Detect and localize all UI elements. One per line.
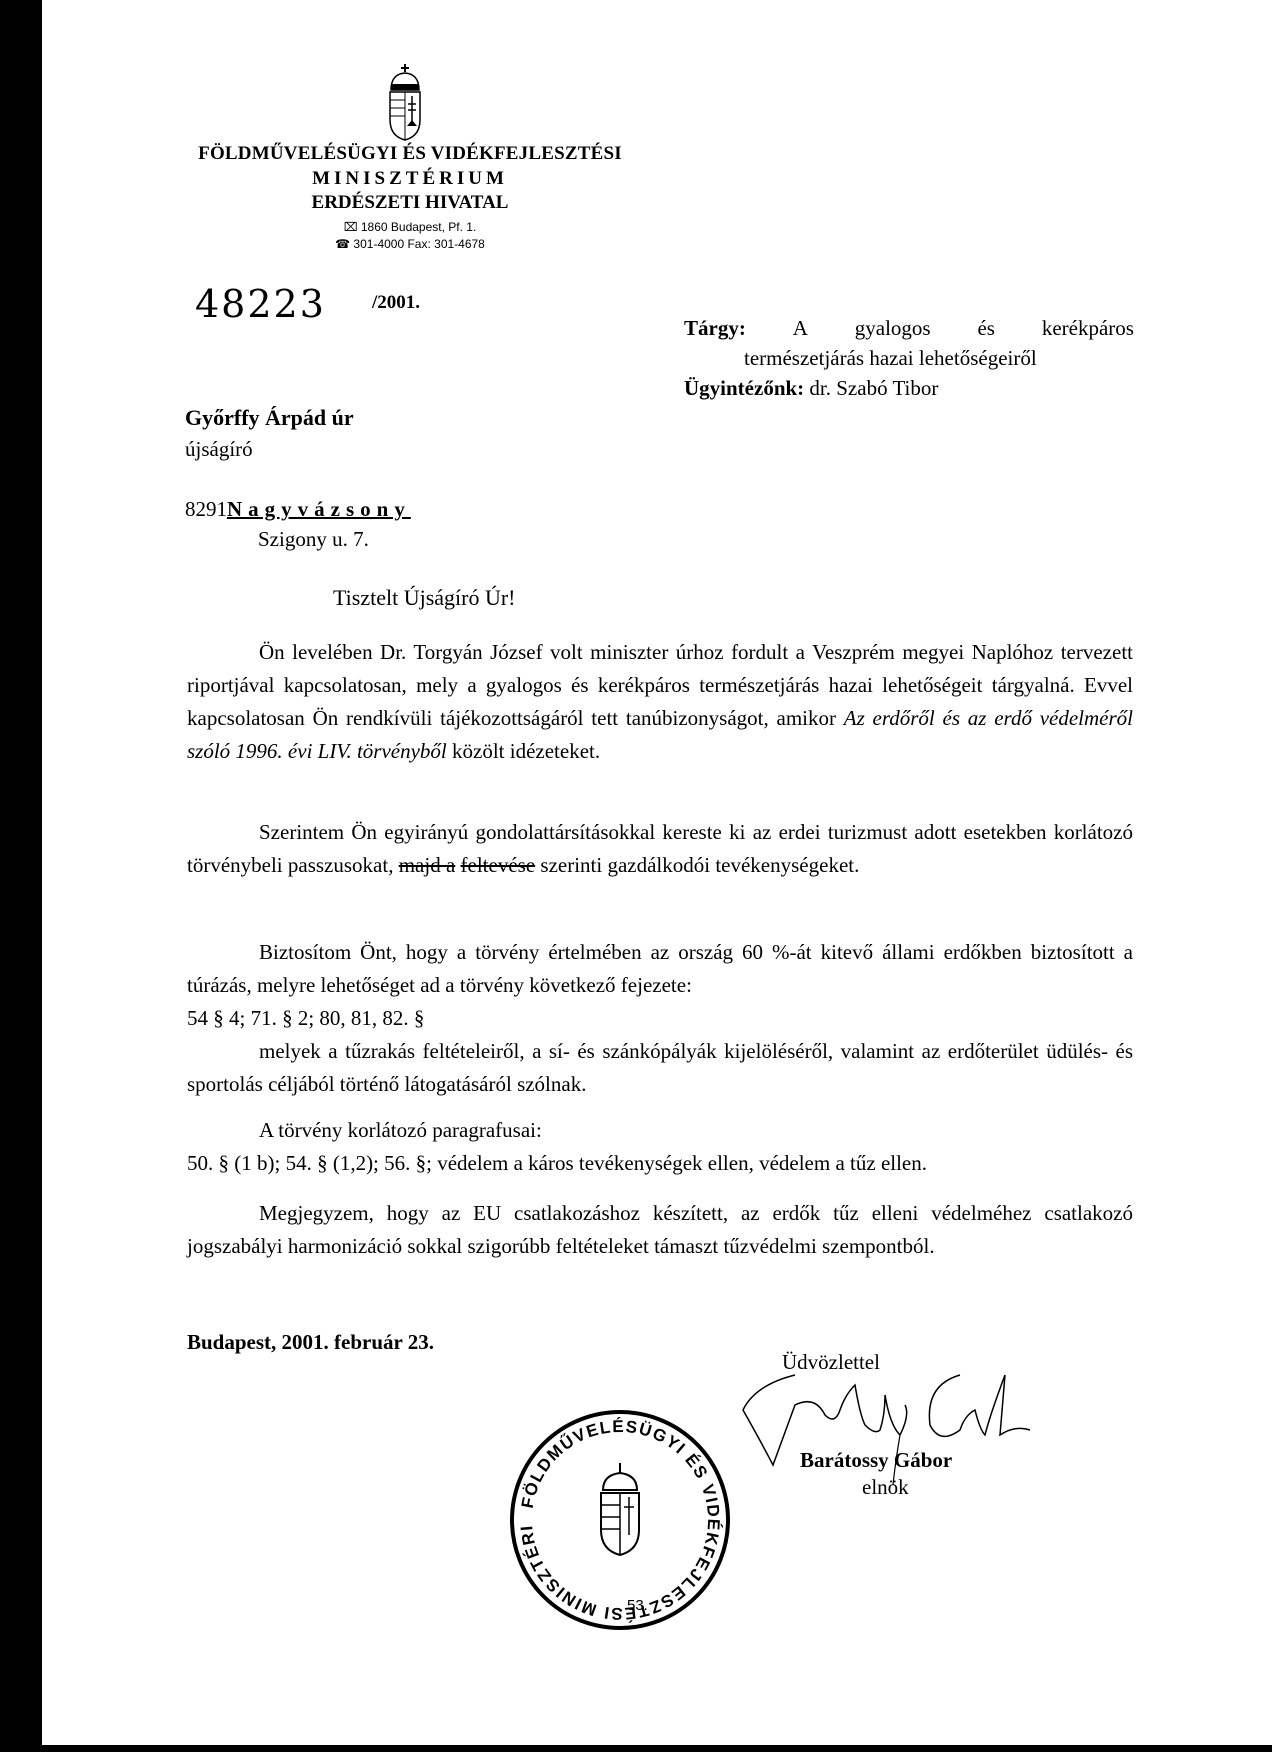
subject-line1: Tárgy: A gyalogos és kerékpáros xyxy=(684,313,1134,343)
signer-title: elnök xyxy=(862,1475,909,1500)
body-paragraph-1: Ön levelében Dr. Torgyán József volt min… xyxy=(187,636,1133,768)
signer-name: Barátossy Gábor xyxy=(800,1448,952,1473)
recipient-title: újságíró xyxy=(185,437,253,462)
body-paragraph-4: A törvény korlátozó paragrafusai: 50. § … xyxy=(187,1114,1133,1180)
handler-name: dr. Szabó Tibor xyxy=(809,376,938,400)
recipient-name: Győrffy Árpád úr xyxy=(185,405,354,431)
stamp-coat-of-arms-icon xyxy=(601,1463,639,1555)
law-references: 54 § 4; 71. § 2; 80, 81, 82. § xyxy=(187,1002,1133,1035)
scan-edge-left xyxy=(0,0,42,1752)
envelope-icon: ⌧ xyxy=(344,220,358,234)
reference-year: /2001. xyxy=(372,292,420,314)
phone-fax: ☎ 301-4000 Fax: 301-4678 xyxy=(180,237,640,251)
recipient-city-line: 8291Nagyvázsony xyxy=(185,497,411,522)
office-name: ERDÉSZETI HIVATAL xyxy=(180,192,640,214)
ministry-name-line2: MINISZTÉRIUM xyxy=(180,168,640,190)
struck-text: majd a xyxy=(399,853,456,877)
restrictive-paragraphs-heading: A törvény korlátozó paragrafusai: xyxy=(187,1114,1133,1147)
official-stamp: FÖLDMŰVELÉSÜGYI ÉS VIDÉKFEJLESZTÉSI MINI… xyxy=(505,1405,735,1635)
salutation: Tisztelt Újságíró Úr! xyxy=(333,585,516,611)
scan-edge-bottom xyxy=(0,1745,1272,1752)
ministry-name-line1: FÖLDMŰVELÉSÜGYI ÉS VIDÉKFEJLESZTÉSI xyxy=(180,143,640,165)
handler-label: Ügyintézőnk: xyxy=(684,376,804,400)
restrictive-paragraphs-list: 50. § (1 b); 54. § (1,2); 56. §; védelem… xyxy=(187,1147,1133,1180)
coat-of-arms-icon xyxy=(385,62,425,142)
body-paragraph-5: Megjegyzem, hogy az EU csatlakozáshoz ké… xyxy=(187,1197,1133,1263)
subject-block: Tárgy: A gyalogos és kerékpáros természe… xyxy=(684,313,1134,403)
recipient-postcode: 8291 xyxy=(185,497,227,521)
handler-line: Ügyintézőnk: dr. Szabó Tibor xyxy=(684,373,1134,403)
body-paragraph-3: Biztosítom Önt, hogy a törvény értelmébe… xyxy=(187,936,1133,1101)
telephone-icon: ☎ xyxy=(335,237,350,251)
dateline: Budapest, 2001. február 23. xyxy=(187,1330,434,1355)
closing-greeting: Üdvözlettel xyxy=(782,1350,880,1375)
postal-address: ⌧ 1860 Budapest, Pf. 1. xyxy=(180,220,640,234)
subject-line2: természetjárás hazai lehetőségeiről xyxy=(684,343,1134,373)
struck-text: feltevése xyxy=(461,853,536,877)
stamp-number: 53. xyxy=(627,1597,648,1614)
body-paragraph-2: Szerintem Ön egyirányú gondolattársításo… xyxy=(187,816,1133,882)
subject-label: Tárgy: xyxy=(684,313,746,343)
recipient-street: Szigony u. 7. xyxy=(258,527,369,552)
recipient-city: Nagyvázsony xyxy=(227,497,411,521)
reference-number: 48223 xyxy=(195,282,326,326)
